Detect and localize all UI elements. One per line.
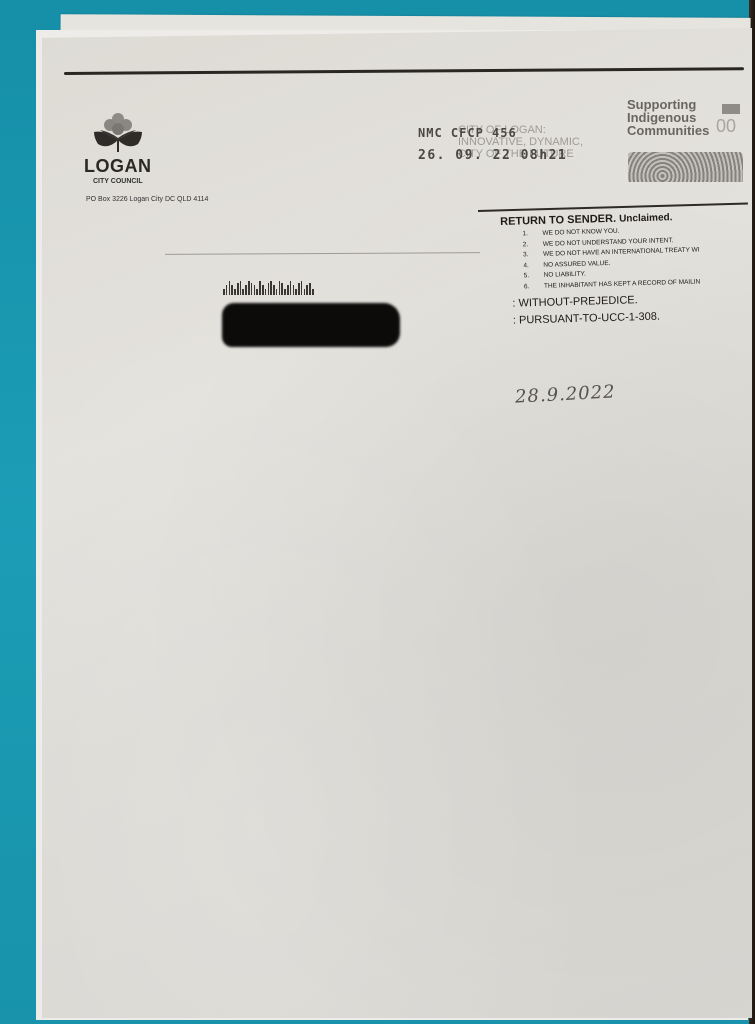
stamp-line: Communities: [627, 124, 709, 137]
rts-title-suffix: Unclaimed.: [619, 212, 673, 224]
barcode-bar: [290, 281, 292, 295]
redacted-address: [222, 303, 400, 347]
barcode-bar: [270, 281, 272, 295]
indigenous-art-pattern: [628, 152, 743, 182]
barcode-bar: [237, 283, 239, 295]
barcode-bar: [309, 283, 311, 295]
barcode-bar: [226, 285, 228, 295]
barcode-bar: [251, 283, 253, 295]
barcode-bar: [301, 281, 303, 295]
barcode-bar: [273, 285, 275, 295]
postmark: NMC CFCP 456 26. 09. 22 08h21: [418, 126, 567, 163]
barcode-bar: [242, 289, 244, 295]
barcode-bar: [306, 285, 308, 295]
barcode-bar: [262, 285, 264, 295]
barcode-bar: [245, 285, 247, 295]
council-subtitle: CITY COUNCIL: [93, 178, 164, 185]
barcode-bar: [293, 285, 295, 295]
stamp-color-block: [722, 104, 740, 114]
barcode-bar: [234, 289, 236, 295]
barcode-bar: [281, 283, 283, 295]
barcode-bar: [256, 289, 258, 295]
rts-title-main: RETURN TO SENDER.: [500, 213, 616, 228]
barcode-bar: [287, 285, 289, 295]
rts-notes: : WITHOUT-PREJEDICE. : PURSUANT-TO-UCC-1…: [502, 289, 755, 330]
return-to-sender-stamp: RETURN TO SENDER. Unclaimed. 1.WE DO NOT…: [500, 209, 755, 330]
barcode-bar: [240, 281, 242, 295]
council-name: LOGAN: [84, 156, 164, 177]
barcode-bar: [265, 289, 267, 295]
council-logo: LOGAN CITY COUNCIL: [84, 110, 164, 185]
barcode-bar: [284, 289, 286, 295]
postal-barcode-icon: [223, 279, 314, 295]
barcode-bar: [254, 285, 256, 295]
barcode-bar: [231, 285, 233, 295]
lotus-flower-icon: [90, 110, 146, 154]
postmark-datetime: 26. 09. 22 08h21: [418, 148, 567, 163]
barcode-bar: [298, 283, 300, 295]
barcode-bar: [295, 289, 297, 295]
barcode-bar: [279, 281, 281, 295]
po-box-address: PO Box 3226 Logan City DC QLD 4114: [86, 196, 208, 203]
barcode-bar: [223, 289, 225, 295]
barcode-bar: [312, 289, 314, 295]
barcode-bar: [248, 281, 250, 295]
indigenous-stamp: Supporting Indigenous Communities: [627, 98, 709, 137]
barcode-bar: [229, 281, 231, 295]
barcode-bar: [276, 289, 278, 295]
barcode-bar: [259, 281, 261, 295]
postmark-code: NMC CFCP 456: [418, 126, 567, 140]
rts-reasons: 1.WE DO NOT KNOW YOU. 2.WE DO NOT UNDERS…: [500, 223, 755, 293]
stamp-value: 00: [716, 116, 736, 137]
barcode-bar: [268, 283, 270, 295]
barcode-bar: [304, 289, 306, 295]
